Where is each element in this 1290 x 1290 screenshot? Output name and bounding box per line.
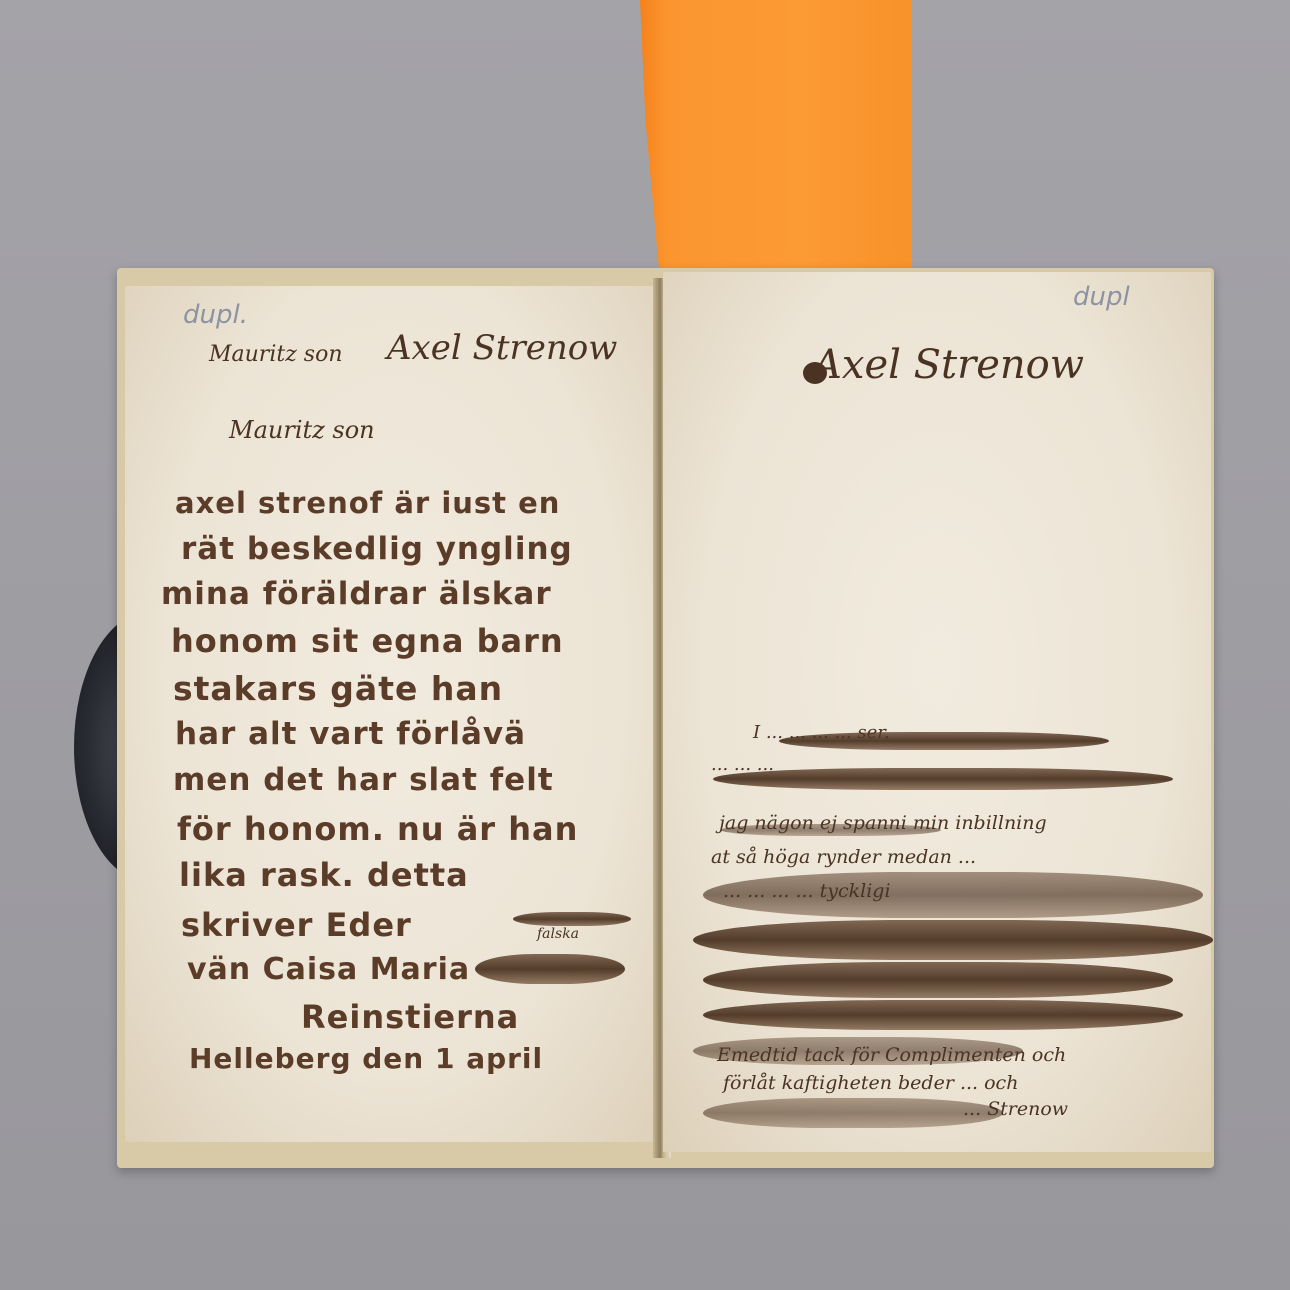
ink-strike (703, 1000, 1183, 1030)
text-line: ... ... ... ... tyckligi (723, 880, 891, 902)
open-book: dupl. Mauritz son Axel Strenow Mauritz s… (117, 268, 1214, 1168)
ink-strike (513, 912, 631, 926)
ink-strike (693, 920, 1213, 960)
text-line: stakars gäte han (173, 669, 503, 708)
ink-strike (703, 1098, 1003, 1128)
text-line: men det har slat felt (173, 762, 554, 798)
header-name: Axel Strenow (813, 342, 1084, 388)
text-line: mina föräldrar älskar (161, 576, 552, 612)
ink-blot (803, 362, 827, 384)
left-page: dupl. Mauritz son Axel Strenow Mauritz s… (125, 286, 663, 1142)
text-line: lika rask. detta (179, 856, 469, 894)
ink-strike (779, 732, 1109, 750)
text-line: skriver Eder (181, 906, 412, 944)
ink-strike (713, 768, 1173, 790)
pencil-note: dupl. (183, 300, 248, 330)
text-line: Helleberg den 1 april (189, 1042, 543, 1075)
text-line: vän Caisa Maria (187, 952, 470, 987)
ink-blot (475, 954, 625, 984)
text-line: Reinstierna (301, 998, 519, 1036)
orange-bookmark (640, 0, 912, 300)
margin-note: falska (537, 926, 579, 942)
text-line: för honom. nu är han (177, 810, 578, 848)
header-name: Axel Strenow (387, 328, 617, 368)
right-page: dupl Axel Strenow I ... ... ... ... ser.… (663, 272, 1211, 1152)
text-line: at så höga rynder medan ... (711, 846, 976, 868)
text-line: har alt vart förlåvä (175, 716, 526, 752)
text-line: rät beskedlig yngling (181, 531, 573, 567)
ink-strike (721, 824, 941, 836)
text-line: förlåt kaftigheten beder ... och (723, 1072, 1018, 1094)
text-line: Emedtid tack för Complimenten och (717, 1044, 1066, 1066)
text-line: honom sit egna barn (171, 622, 564, 660)
sub-name: Mauritz son (229, 416, 375, 444)
text-line: ... Strenow (963, 1098, 1068, 1120)
pencil-note: dupl (1073, 282, 1130, 312)
ink-strike (703, 962, 1173, 998)
text-line: axel strenof är iust en (175, 486, 560, 520)
header-small: Mauritz son (209, 342, 343, 367)
